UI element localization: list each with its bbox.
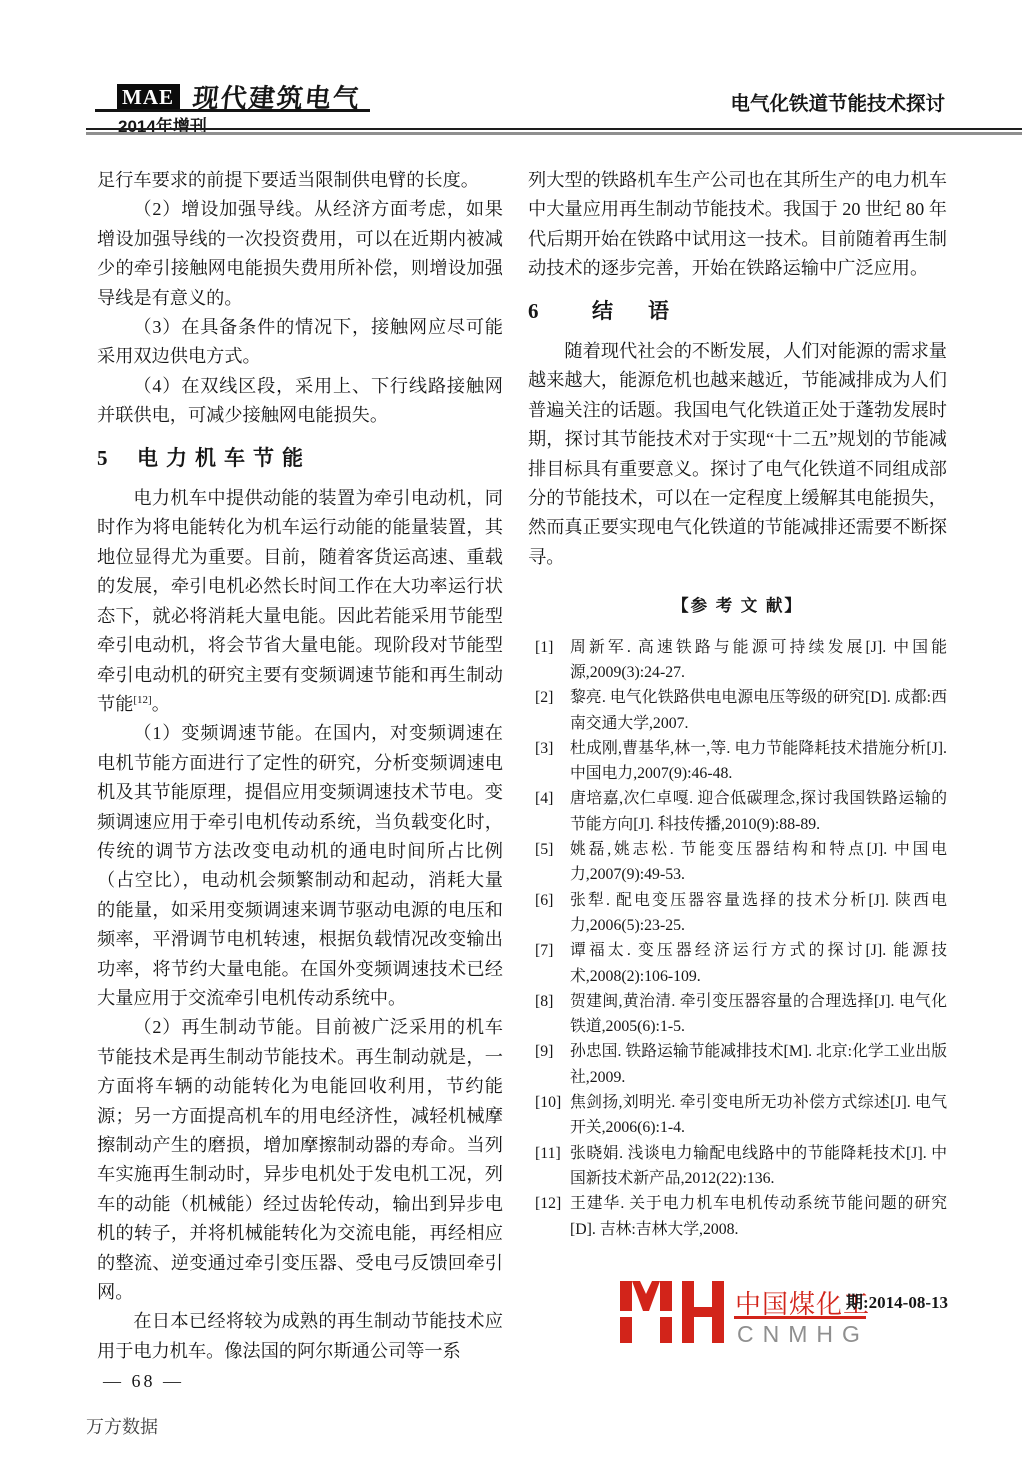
right-column: 列大型的铁路机车生产公司也在其所生产的电力机车中大量应用再生制动节能技术。我国于… <box>528 166 947 1242</box>
reference-text: 周新军. 高速铁路与能源可持续发展[J]. 中国能源,2009(3):24-27… <box>570 639 947 681</box>
section-6-number: 6 <box>528 297 542 326</box>
section-5-title: 电力机车节能 <box>137 447 311 470</box>
references-list: [1]周新军. 高速铁路与能源可持续发展[J]. 中国能源,2009(3):24… <box>528 635 947 1242</box>
reference-text: 王建华. 关于电力机车电机传动系统节能问题的研究[D]. 吉林:吉林大学,200… <box>570 1195 947 1237</box>
reference-item: [2]黎亮. 电气化铁路供电电源电压等级的研究[D]. 成都:西南交通大学,20… <box>528 685 947 736</box>
reference-number: [6] <box>535 888 553 913</box>
reference-text: 唐培嘉,次仁卓嘎. 迎合低碳理念,探讨我国铁路运输的节能方向[J]. 科技传播,… <box>570 790 947 832</box>
reference-number: [11] <box>535 1141 561 1166</box>
section-5-paragraph-1-text: 电力机车中提供动能的装置为牵引电动机，同时作为将电能转化为机车运行动能的能量装置… <box>97 488 503 714</box>
reference-text: 姚磊,姚志松. 节能变压器结构和特点[J]. 中国电力,2007(9):49-5… <box>570 841 947 883</box>
section-6-paragraph-1: 随着现代社会的不断发展，人们对能源的需求量越来越大，能源危机也越来越近，节能减排… <box>528 337 947 572</box>
reference-text: 张晓娟. 浅谈电力输配电线路中的节能降耗技术[J]. 中国新技术新产品,2012… <box>570 1145 947 1187</box>
section-5-paragraph-1-tail: 。 <box>152 694 170 714</box>
reference-item: [11]张晓娟. 浅谈电力输配电线路中的节能降耗技术[J]. 中国新技术新产品,… <box>528 1141 947 1192</box>
reference-number: [10] <box>535 1090 561 1115</box>
section-5-paragraph-4: 在日本已经将较为成熟的再生制动节能技术应用于电力机车。像法国的阿尔斯通公司等一系 <box>97 1307 503 1366</box>
reference-text: 张犁. 配电变压器容量选择的技术分析[J]. 陕西电力,2006(5):23-2… <box>570 892 947 934</box>
reference-text: 焦剑扬,刘明光. 牵引变电所无功补偿方式综述[J]. 电气开关,2006(6):… <box>570 1094 947 1136</box>
reference-number: [1] <box>535 635 553 660</box>
paragraph-item-2: （2）增设加强导线。从经济方面考虑，如果增设加强导线的一次投资费用，可以在近期内… <box>97 195 503 313</box>
reference-item: [4]唐培嘉,次仁卓嘎. 迎合低碳理念,探讨我国铁路运输的节能方向[J]. 科技… <box>528 786 947 837</box>
header-divider <box>86 128 1022 135</box>
reference-item: [6]张犁. 配电变压器容量选择的技术分析[J]. 陕西电力,2006(5):2… <box>528 888 947 939</box>
section-5-paragraph-3: （2）再生制动节能。目前被广泛采用的机车节能技术是再生制动节能技术。再生制动就是… <box>97 1013 503 1307</box>
references-header: 【参 考 文 献】 <box>528 592 947 621</box>
reference-item: [9]孙忠国. 铁路运输节能减排技术[M]. 北京:化学工业出版社,2009. <box>528 1039 947 1090</box>
paragraph-item-3: （3）在具备条件的情况下，接触网应尽可能采用双边供电方式。 <box>97 313 503 372</box>
running-title: 电气化铁道节能技术探讨 <box>730 88 945 116</box>
reference-number: [4] <box>535 786 553 811</box>
left-column: 足行车要求的前提下要适当限制供电臂的长度。 （2）增设加强导线。从经济方面考虑，… <box>97 166 503 1366</box>
reference-number: [7] <box>535 938 553 963</box>
reference-item: [1]周新军. 高速铁路与能源可持续发展[J]. 中国能源,2009(3):24… <box>528 635 947 686</box>
reference-number: [9] <box>535 1039 553 1064</box>
reference-number: [8] <box>535 989 553 1014</box>
wanfang-brand: 万方数据 <box>86 1413 158 1439</box>
paragraph-continuation: 足行车要求的前提下要适当限制供电臂的长度。 <box>97 166 503 195</box>
reference-text: 黎亮. 电气化铁路供电电源电压等级的研究[D]. 成都:西南交通大学,2007. <box>570 689 947 731</box>
reference-item: [5]姚磊,姚志松. 节能变压器结构和特点[J]. 中国电力,2007(9):4… <box>528 837 947 888</box>
section-6-title: 结 语 <box>592 300 676 323</box>
reference-number: [3] <box>535 736 553 761</box>
reference-text: 杜成刚,曹基华,林一,等. 电力节能降耗技术措施分析[J]. 中国电力,2007… <box>570 740 947 782</box>
page-number: — 68 — <box>103 1371 184 1392</box>
reference-number: [5] <box>535 837 553 862</box>
section-5-paragraph-2: （1）变频调速节能。在国内，对变频调速在电机节能方面进行了定性的研究，分析变频调… <box>97 719 503 1013</box>
paragraph-item-4: （4）在双线区段，采用上、下行线路接触网并联供电，可减少接触网电能损失。 <box>97 372 503 431</box>
reference-number: [12] <box>535 1191 561 1216</box>
received-date-fragment: 期:2014-08-13 <box>846 1288 948 1313</box>
reference-item: [3]杜成刚,曹基华,林一,等. 电力节能降耗技术措施分析[J]. 中国电力,2… <box>528 736 947 787</box>
section-6-heading: 6结 语 <box>528 297 947 326</box>
section-5-paragraph-1: 电力机车中提供动能的装置为牵引电动机，同时作为将电能转化为机车运行动能的能量装置… <box>97 484 503 719</box>
reference-item: [8]贺建闽,黄治清. 牵引变压器容量的合理选择[J]. 电气化铁道,2005(… <box>528 989 947 1040</box>
reference-item: [7]谭福太. 变压器经济运行方式的探讨[J]. 能源技术,2008(2):10… <box>528 938 947 989</box>
reference-number: [2] <box>535 685 553 710</box>
paragraph-continuation-right: 列大型的铁路机车生产公司也在其所生产的电力机车中大量应用再生制动节能技术。我国于… <box>528 166 947 284</box>
reference-text: 谭福太. 变压器经济运行方式的探讨[J]. 能源技术,2008(2):106-1… <box>570 942 947 984</box>
watermark-underline <box>734 1316 866 1319</box>
section-5-heading: 5电力机车节能 <box>97 444 503 473</box>
reference-item: [10]焦剑扬,刘明光. 牵引变电所无功补偿方式综述[J]. 电气开关,2006… <box>528 1090 947 1141</box>
journal-logo-acronym: MAE <box>117 84 180 110</box>
citation-superscript-12: [12] <box>133 694 151 706</box>
cnmhg-logo-icon <box>620 1281 724 1348</box>
watermark-latin-text: CNMHG <box>737 1321 869 1348</box>
section-5-number: 5 <box>97 444 111 473</box>
reference-item: [12]王建华. 关于电力机车电机传动系统节能问题的研究[D]. 吉林:吉林大学… <box>528 1191 947 1242</box>
reference-text: 孙忠国. 铁路运输节能减排技术[M]. 北京:化学工业出版社,2009. <box>570 1043 947 1085</box>
reference-text: 贺建闽,黄治清. 牵引变压器容量的合理选择[J]. 电气化铁道,2005(6):… <box>570 993 947 1035</box>
